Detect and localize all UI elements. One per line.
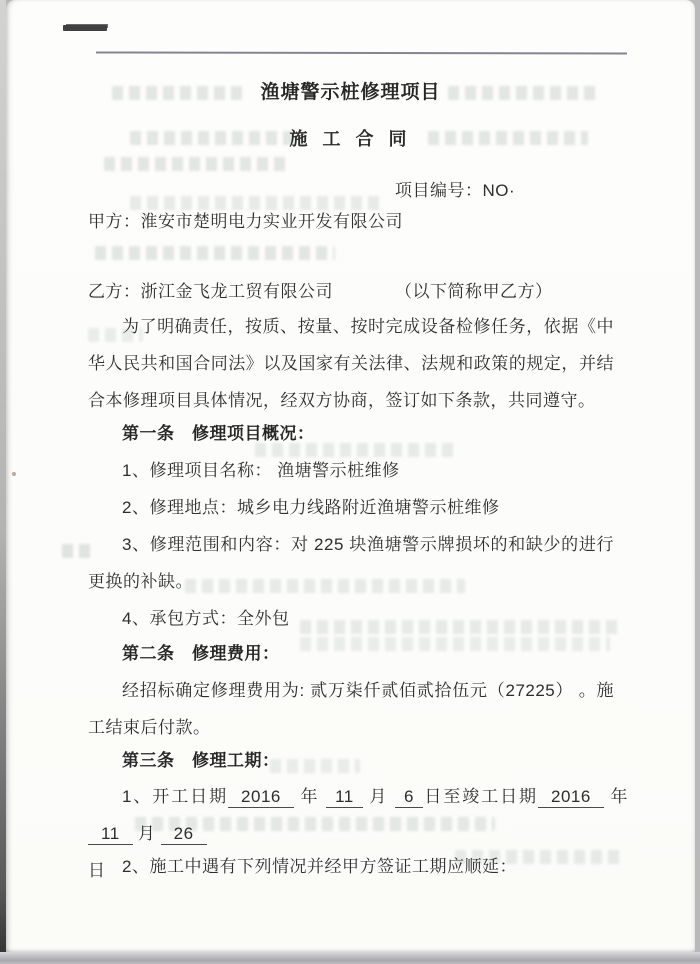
scanned-contract-page: { "doc": { "title": "渔塘警示桩修理项目", "subtit… [0,0,700,964]
section1-heading: 第一条 修理项目概况： [122,415,315,452]
party-a: 甲方：淮安市楚明电力实业开发有限公司 [88,203,403,240]
bleed-through-smudge [270,759,360,773]
schedule-prefix: 1、开工日期 [88,787,228,806]
paper-sheet: 渔塘警示桩修理项目 施 工 合 同 项目编号：NO· 甲方：淮安市楚明电力实业开… [6,0,695,952]
party-b-note: （以下简称甲乙方） [395,273,553,310]
section1-item4: 4、承包方式：全外包 [122,600,289,637]
end-month-value: 11 [88,824,133,845]
scan-bottom-edge [0,952,700,964]
bleed-through-smudge [300,620,620,634]
document-title: 渔塘警示桩修理项目 [6,82,695,104]
schedule-suffix: 日 [88,861,106,880]
party-b: 乙方：浙江金飞龙工贸有限公司 [88,273,333,310]
project-number: 项目编号：NO· [395,172,515,209]
start-year-value: 2016 [228,787,294,808]
section2-heading: 第二条 修理费用： [122,635,280,672]
unit-year2: 年 [610,787,628,806]
schedule-middle: 日至竣工日期 [423,787,538,806]
preamble-paragraph: 为了明确责任，按质、按量、按时完成设备检修任务，依据《中华人民共和国合同法》以及… [88,308,614,419]
paper-speck [12,472,16,476]
document-subtitle: 施 工 合 同 [6,128,695,150]
bleed-through-smudge [300,637,610,651]
start-day-value: 6 [395,787,423,808]
section1-item1: 1、修理项目名称： 渔塘警示桩维修 [122,452,400,489]
section1-item3: 3、修理范围和内容：对 225 块渔塘警示牌损坏的和缺少的进行更换的补缺。 [88,526,614,600]
bleed-through-smudge [104,157,289,171]
unit-year: 年 [301,787,320,806]
pen-dash-mark [63,25,107,31]
section3-heading: 第三条 修理工期： [122,742,280,779]
section3-item2: 2、施工中遇有下列情况并经甲方签证工期应顺延： [122,848,517,885]
start-month-value: 11 [326,787,363,808]
section2-body: 经招标确定修理费用为: 贰万柒仟贰佰贰拾伍元（27225） 。施工结束后付款。 [88,672,614,746]
bleed-through-smudge [95,246,335,260]
unit-month: 月 [369,787,388,806]
section1-item2: 2、修理地点：城乡电力线路附近渔塘警示桩维修 [122,489,499,526]
horizontal-rule-artifact [96,51,627,54]
unit-month2: 月 [138,824,156,843]
end-year-value: 2016 [538,787,604,808]
end-day-value: 26 [161,824,207,845]
